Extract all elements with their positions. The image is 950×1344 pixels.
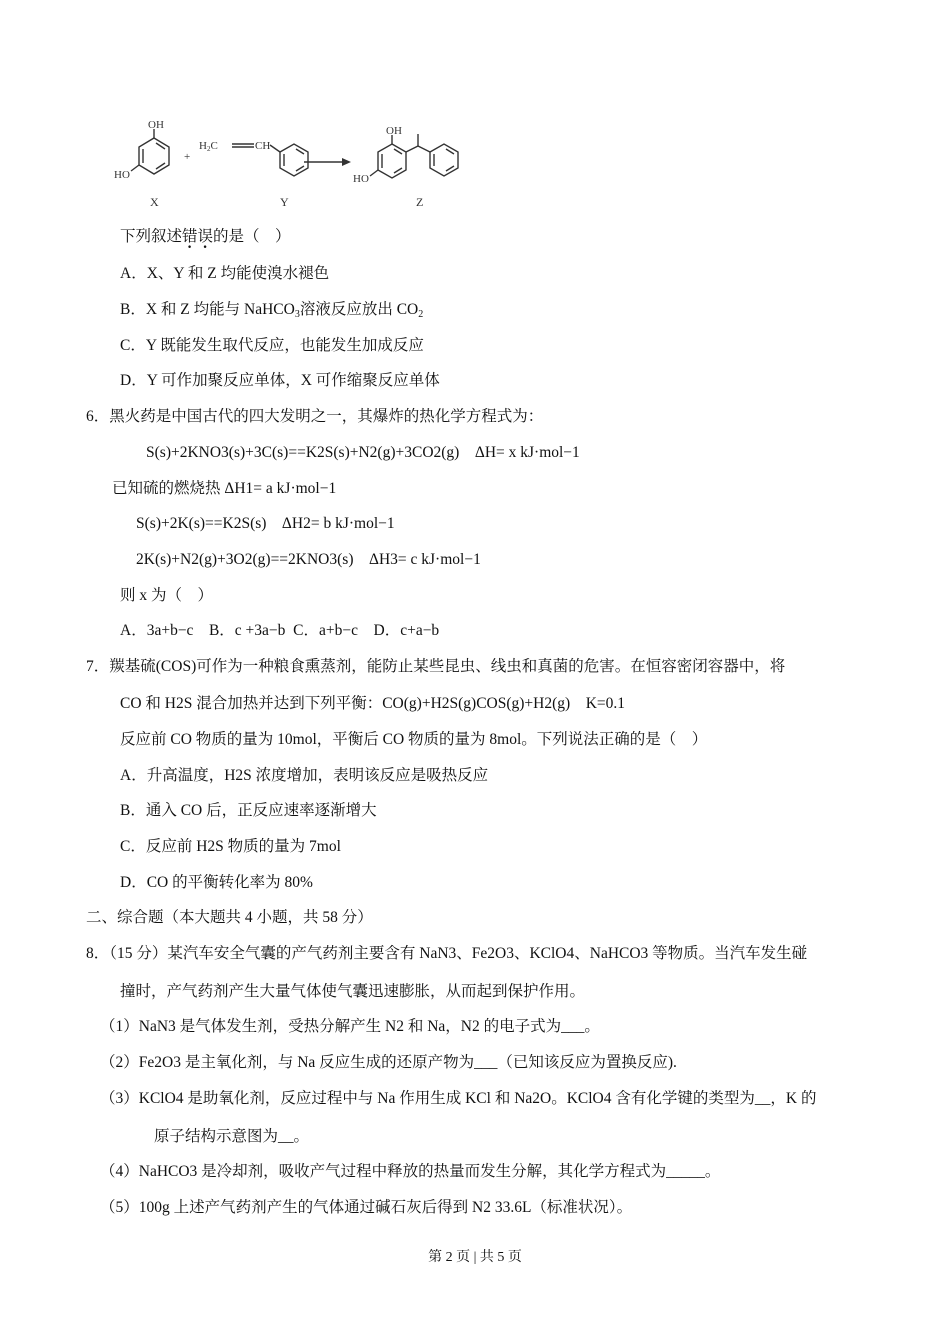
- q7-option-a: A．升高温度，H2S 浓度增加，表明该反应是吸热反应: [120, 766, 488, 786]
- q7-line-2: CO 和 H2S 混合加热并达到下列平衡：CO(g)+H2S(g)COS(g)+…: [120, 694, 625, 714]
- svg-text:H2C: H2C: [199, 140, 218, 153]
- svg-text:Y: Y: [280, 195, 289, 209]
- q6-options: A．3a+b−c B．c +3a−b C．a+b−c D．c+a−b: [120, 621, 439, 641]
- svg-text:Z: Z: [416, 195, 423, 209]
- q7-option-d: D．CO 的平衡转化率为 80%: [120, 873, 313, 893]
- q8-sub-4: （4）NaHCO3 是冷却剂，吸收产气过程中释放的热量而发生分解，其化学方程式为…: [100, 1162, 720, 1182]
- svg-text:OH: OH: [386, 125, 402, 137]
- q8-line-1: 8．（15 分）某汽车安全气囊的产气药剂主要含有 NaN3、Fe2O3、KClO…: [86, 944, 807, 964]
- q6-option-b: B．c +3a−b: [209, 622, 285, 639]
- svg-text:HO: HO: [114, 169, 130, 181]
- q8-sub-5: （5）100g 上述产气药剂产生的气体通过碱石灰后得到 N2 33.6L（标准状…: [100, 1198, 632, 1218]
- q8-line-2: 撞时，产气药剂产生大量气体使气囊迅速膨胀，从而起到保护作用。: [120, 982, 585, 1002]
- q7-option-c: C．反应前 H2S 物质的量为 7mol: [120, 837, 341, 857]
- q7-line-1: 7．羰基硫(COS)可作为一种粮食熏蒸剂，能防止某些昆虫、线虫和真菌的危害。在恒…: [86, 657, 785, 677]
- svg-text:OH: OH: [148, 119, 164, 131]
- q6-ask: 则 x 为（ ）: [120, 586, 213, 606]
- reaction-scheme-figure: OH HO H2C CH + OH HO X Y Z: [104, 116, 466, 214]
- q5-option-b: B．X 和 Z 均能与 NaHCO3溶液反应放出 CO2: [120, 300, 423, 320]
- svg-text:CH: CH: [255, 140, 270, 152]
- q8-sub-1: （1）NaN3 是气体发生剂，受热分解产生 N2 和 Na，N2 的电子式为__…: [100, 1017, 600, 1037]
- q6-option-d: D．c+a−b: [374, 622, 440, 639]
- q6-main-equation: S(s)+2KNO3(s)+3C(s)==K2S(s)+N2(g)+3CO2(g…: [146, 443, 580, 463]
- page-footer: 第 2 页 | 共 5 页: [0, 1246, 950, 1266]
- q6-option-c: C．a+b−c: [293, 622, 358, 639]
- q6-equation-2: S(s)+2K(s)==K2S(s) ΔH2= b kJ·mol−1: [136, 514, 395, 534]
- q7-option-b: B．通入 CO 后，正反应速率逐渐增大: [120, 801, 377, 821]
- svg-text:HO: HO: [353, 173, 369, 185]
- q5-stem: 下列叙述错误的是（ ）: [120, 227, 291, 247]
- q6-stem: 6．黑火药是中国古代的四大发明之一，其爆炸的热化学方程式为：: [86, 407, 543, 427]
- section-heading: 二、综合题（本大题共 4 小题，共 58 分）: [86, 908, 373, 928]
- q8-sub-3b: 原子结构示意图为__。: [154, 1127, 309, 1147]
- svg-text:+: +: [184, 151, 190, 163]
- q6-equation-3: 2K(s)+N2(g)+3O2(g)==2KNO3(s) ΔH3= c kJ·m…: [136, 550, 481, 570]
- q6-option-a: A．3a+b−c: [120, 622, 193, 639]
- q8-sub-3a: （3）KClO4 是助氧化剂，反应过程中与 Na 作用生成 KCl 和 Na2O…: [100, 1089, 816, 1109]
- q8-sub-2: （2）Fe2O3 是主氧化剂，与 Na 反应生成的还原产物为___（已知该反应为…: [100, 1053, 677, 1073]
- reaction-diagram: OH HO H2C CH + OH HO X Y Z: [104, 116, 466, 214]
- q5-option-c: C．Y 既能发生取代反应，也能发生加成反应: [120, 336, 424, 356]
- q6-known-heat: 已知硫的燃烧热 ΔH1= a kJ·mol−1: [112, 479, 336, 499]
- q5-option-a: A．X、Y 和 Z 均能使溴水褪色: [120, 264, 329, 284]
- svg-text:X: X: [150, 195, 159, 209]
- q5-option-d: D．Y 可作加聚反应单体，X 可作缩聚反应单体: [120, 371, 440, 391]
- q7-line-3: 反应前 CO 物质的量为 10mol，平衡后 CO 物质的量为 8mol。下列说…: [120, 730, 707, 750]
